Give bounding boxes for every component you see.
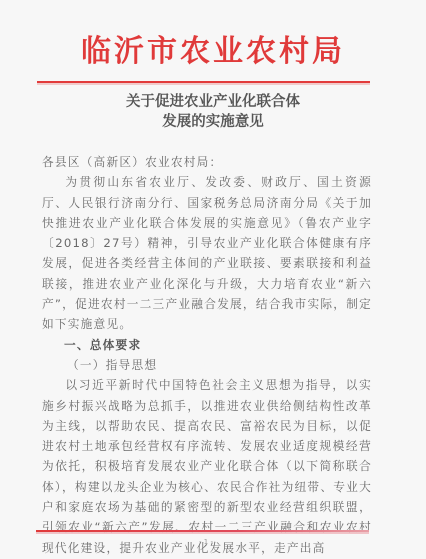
salutation: 各县区（高新区）农业农村局： [42, 152, 372, 172]
section-heading-general-requirements: 一、总体要求 [42, 335, 372, 355]
page-number: - 1 - [0, 538, 412, 546]
subsection-heading-guiding-ideology: （一）指导思想 [42, 355, 372, 375]
document-title: 关于促进农业产业化联合体 发展的实施意见 [0, 92, 426, 132]
document-title-line-1: 关于促进农业产业化联合体 [0, 92, 426, 112]
agency-masthead: 临沂市农业农村局 [0, 32, 426, 72]
intro-paragraph: 为贯彻山东省农业厅、发改委、财政厅、国土资源厅、人民银行济南分行、国家税务总局济… [42, 172, 372, 334]
masthead-red-rule [37, 81, 370, 83]
document-body: 各县区（高新区）农业农村局： 为贯彻山东省农业厅、发改委、财政厅、国土资源厅、人… [42, 152, 372, 558]
document-title-line-2: 发展的实施意见 [0, 112, 426, 132]
document-page: 临沂市农业农村局 关于促进农业产业化联合体 发展的实施意见 各县区（高新区）农业… [0, 0, 426, 559]
footer-red-rule [36, 530, 369, 532]
